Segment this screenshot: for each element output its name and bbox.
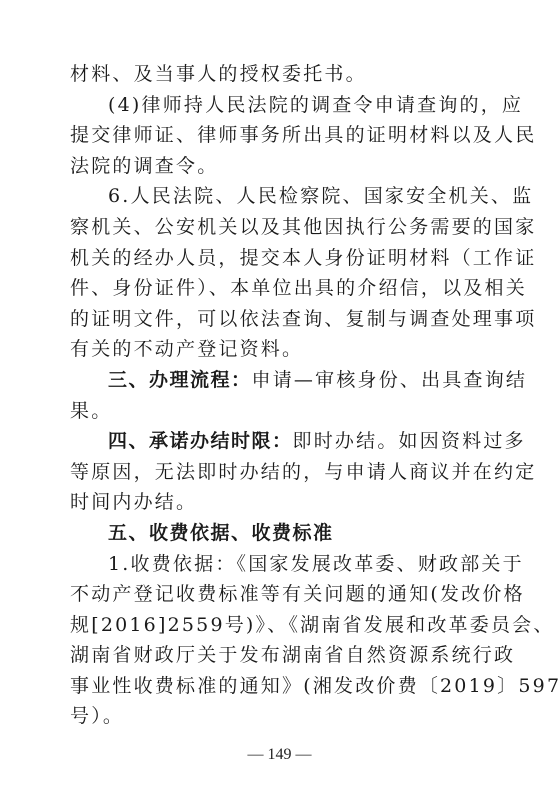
- paragraph-line: 6.人民法院、人民检察院、国家安全机关、监: [70, 181, 498, 212]
- paragraph-line: 提交律师证、律师事务所出具的证明材料以及人民: [70, 120, 498, 151]
- paragraph-line: 的证明文件，可以依法查询、复制与调查处理事项: [70, 304, 498, 335]
- paragraph-line: 等原因，无法即时办结的，与申请人商议并在约定: [70, 457, 498, 488]
- section-5-heading-line: 五、收费依据、收费标准: [70, 518, 498, 549]
- section-4-heading: 四、承诺办结时限：: [108, 430, 293, 452]
- section-4-text: 即时办结。如因资料过多: [293, 430, 526, 452]
- paragraph-line: 1.收费依据：《国家发展改革委、财政部关于: [70, 549, 498, 580]
- paragraph-line: 事业性收费标准的通知》(湘发改价费〔2019〕597: [70, 671, 498, 702]
- paragraph-line: 湖南省财政厅关于发布湖南省自然资源系统行政: [70, 640, 498, 671]
- section-3-line: 三、办理流程：申请—审核身份、出具查询结: [70, 365, 498, 396]
- paragraph-line: 件、身份证件）、本单位出具的介绍信，以及相关: [70, 273, 498, 304]
- paragraph-line: 时间内办结。: [70, 487, 498, 518]
- section-3-heading: 三、办理流程：: [108, 369, 252, 391]
- paragraph-line: 有关的不动产登记资料。: [70, 334, 498, 365]
- paragraph-line: (4)律师持人民法院的调查令申请查询的，应: [70, 90, 498, 121]
- document-page: 材料、及当事人的授权委托书。 (4)律师持人民法院的调查令申请查询的，应 提交律…: [70, 59, 498, 732]
- paragraph-line: 法院的调查令。: [70, 151, 498, 182]
- paragraph-line: 察机关、公安机关以及其他因执行公务需要的国家: [70, 212, 498, 243]
- paragraph-line: 号）。: [70, 701, 498, 732]
- paragraph-line: 机关的经办人员，提交本人身份证明材料（工作证: [70, 243, 498, 274]
- paragraph-line: 不动产登记收费标准等有关问题的通知(发改价格: [70, 579, 498, 610]
- page-number: — 149 —: [0, 746, 559, 764]
- paragraph-line: 果。: [70, 396, 498, 427]
- section-4-line: 四、承诺办结时限：即时办结。如因资料过多: [70, 426, 498, 457]
- paragraph-line: 规[2016]2559号)》、《湖南省发展和改革委员会、: [70, 610, 498, 641]
- paragraph-line: 材料、及当事人的授权委托书。: [70, 59, 498, 90]
- section-3-text: 申请—审核身份、出具查询结: [252, 369, 528, 391]
- section-5-heading: 五、收费依据、收费标准: [108, 522, 334, 544]
